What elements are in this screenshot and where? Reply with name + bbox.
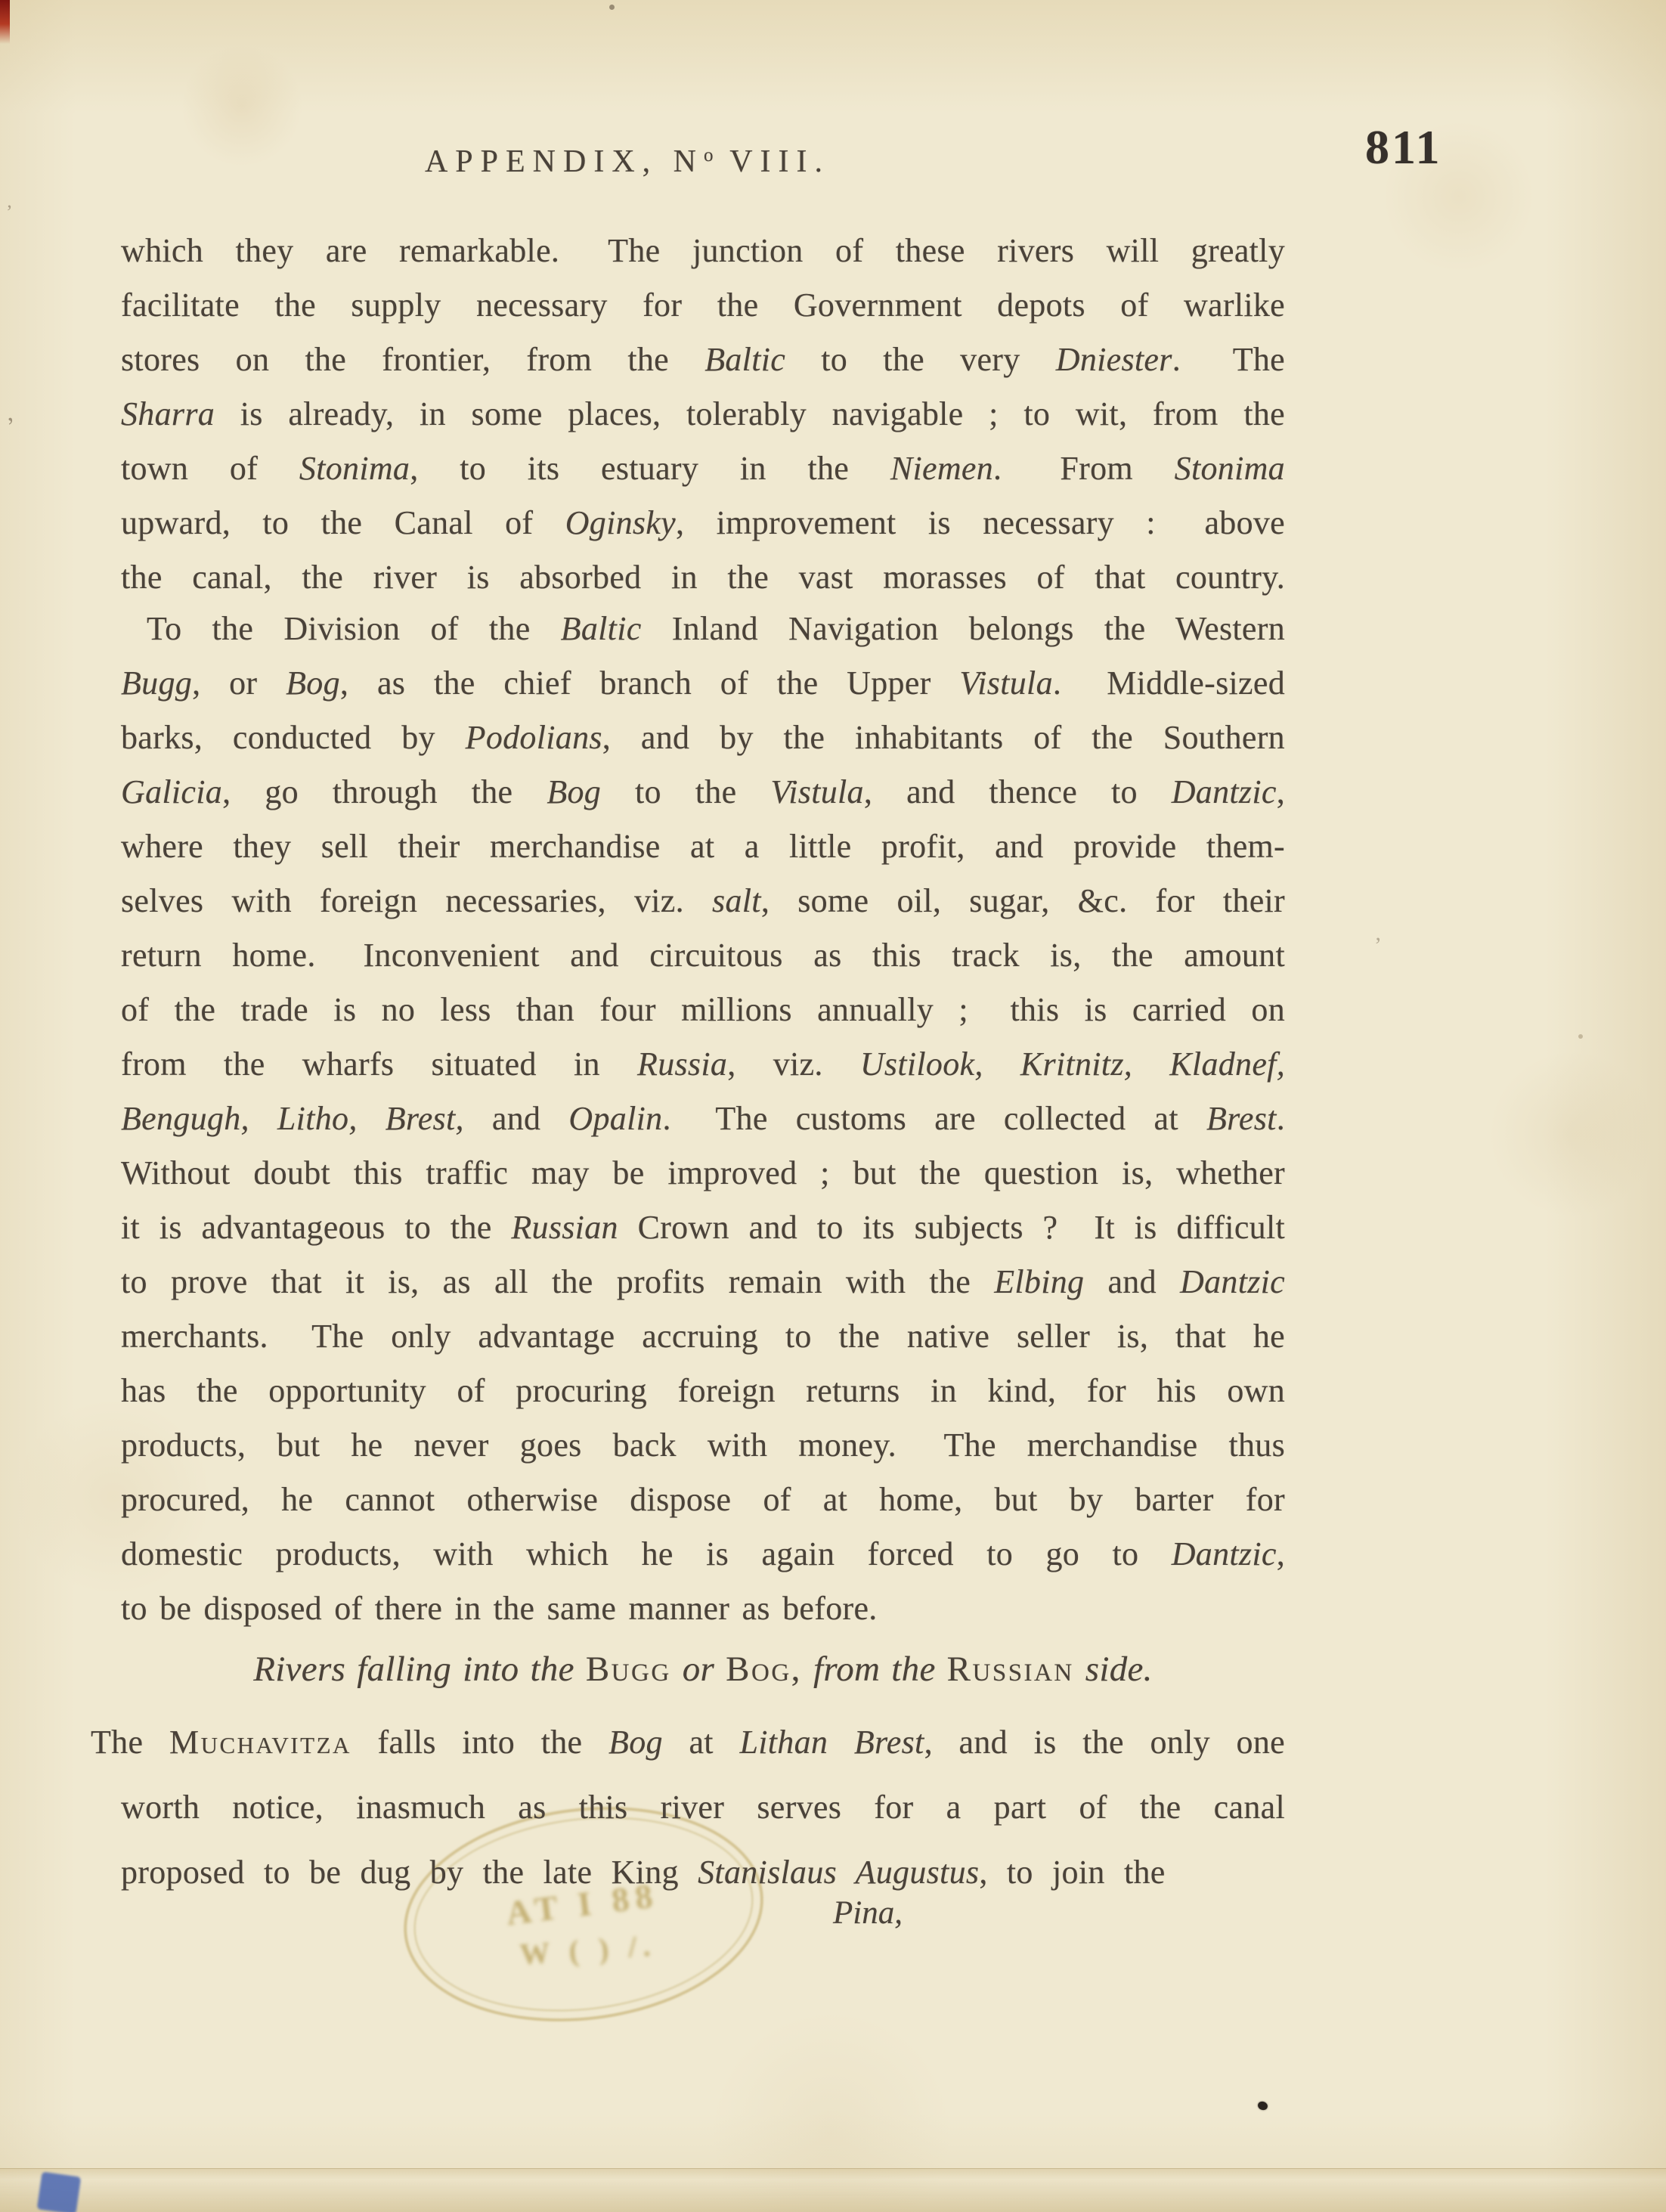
body-text: . From (993, 450, 1175, 487)
text-line: stores on the frontier, from the Baltic … (121, 333, 1285, 387)
body-text: , and thence to (864, 773, 1172, 810)
body-text: , some oil, sugar, &c. for their (761, 882, 1285, 919)
body-text: , to its estuary in the (410, 450, 890, 487)
body-text: . (1277, 1100, 1285, 1137)
italic-text: Bog (547, 773, 601, 810)
paragraph-2: To the Division of the Baltic Inland Nav… (121, 602, 1285, 1636)
italic-text: Bog (286, 665, 340, 702)
body-text: upward, to the Canal of (121, 504, 565, 541)
italic-text: Vistula (770, 773, 864, 810)
paragraph-1: which they are remarkable. The junction … (121, 224, 1285, 605)
body-text: has the opportunity of procuring foreign… (121, 1372, 1285, 1409)
text-line: to be disposed of there in the same mann… (121, 1582, 1285, 1636)
body-text: , viz. (727, 1046, 860, 1083)
running-header: APPENDIX, No VIII. (121, 144, 1134, 180)
text-line: To the Division of the Baltic Inland Nav… (121, 602, 1285, 656)
text-line: return home. Inconvenient and circuitous… (121, 928, 1285, 983)
italic-text: Elbing (994, 1263, 1084, 1300)
text-line: Sharra is already, in some places, toler… (121, 387, 1285, 441)
italic-text: Dniester (1056, 341, 1172, 378)
ink-dot (1257, 2100, 1269, 2111)
smallcaps-text: Russian (947, 1650, 1074, 1689)
body-text: is already, in some places, tolerably na… (215, 395, 1285, 432)
text-line: Bugg, or Bog, as the chief branch of the… (121, 656, 1285, 711)
italic-text: Sharra (121, 395, 215, 432)
page-number: 811 (1365, 119, 1441, 175)
body-text: , (1277, 1535, 1285, 1572)
running-header-text: APPENDIX, N (425, 144, 704, 179)
section-heading: Rivers falling into the Bugg or Bog, fro… (121, 1639, 1285, 1699)
scanned-page: APPENDIX, No VIII. 811 AT I 88 W ( ) /. … (0, 0, 1666, 2212)
body-text: procured, he cannot otherwise dispose of… (121, 1481, 1285, 1518)
body-text: falls into the (351, 1724, 608, 1761)
paper-speck: ’ (1374, 934, 1382, 957)
text-line: upward, to the Canal of Oginsky, improve… (121, 496, 1285, 550)
body-text: proposed to be dug by the late King (121, 1854, 698, 1891)
body-text: , improvement is necessary : above (676, 504, 1285, 541)
body-text: to the (601, 773, 770, 810)
italic-text: Lithan Brest (739, 1724, 924, 1761)
italic-text: or (671, 1650, 726, 1689)
body-text: To the Division of the (147, 610, 561, 647)
smallcaps-text: Bugg (586, 1650, 671, 1689)
text-line: of the trade is no less than four millio… (121, 983, 1285, 1037)
italic-text: Bengugh, Litho, Brest, (121, 1100, 464, 1137)
italic-text: side. (1074, 1650, 1153, 1689)
body-text: to be disposed of there in the same mann… (121, 1590, 878, 1627)
text-line: the canal, the river is absorbed in the … (121, 550, 1285, 605)
italic-text: Dantzic (1172, 773, 1277, 810)
italic-text: Stanislaus Augustus (698, 1854, 979, 1891)
italic-text: Stonima (1175, 450, 1285, 487)
ordinal-superscript: o (704, 145, 715, 166)
body-text: return home. Inconvenient and circuitous… (121, 937, 1285, 974)
page-edge (0, 2168, 1666, 2212)
body-text: , and is the only one (924, 1724, 1285, 1761)
body-text: stores on the frontier, from the (121, 341, 704, 378)
italic-text: salt (712, 882, 761, 919)
text-line: it is advantageous to the Russian Crown … (121, 1200, 1285, 1255)
italic-text: Brest (1206, 1100, 1277, 1137)
body-text: The (91, 1724, 169, 1761)
scan-artifact-blue (37, 2172, 81, 2212)
body-text: and (464, 1100, 569, 1137)
body-text: . Middle-sized (1053, 665, 1285, 702)
text-line: The Muchavitza falls into the Bog at Lit… (91, 1710, 1285, 1775)
body-text: Without doubt this traffic may be improv… (121, 1154, 1285, 1191)
text-line: Bengugh, Litho, Brest, and Opalin. The c… (121, 1092, 1285, 1146)
italic-text: Ustilook, Kritnitz, Kladnef, (860, 1046, 1285, 1083)
paragraph-3: The Muchavitza falls into the Bog at Lit… (121, 1710, 1285, 1905)
text-line: proposed to be dug by the late King Stan… (121, 1840, 1285, 1905)
paper-speck (609, 5, 615, 10)
body-text: , as the chief branch of the Upper (340, 665, 959, 702)
body-text: Inland Navigation belongs the Western (642, 610, 1285, 647)
body-text: Crown and to its subjects ? It is diffic… (618, 1209, 1285, 1246)
paper-speck (1578, 1034, 1583, 1039)
text-line: selves with foreign necessaries, viz. sa… (121, 874, 1285, 928)
body-text: it is advantageous to the (121, 1209, 511, 1246)
italic-text: Galicia (121, 773, 222, 810)
body-text: . The customs are collected at (662, 1100, 1206, 1137)
paper-speck: ’ (5, 414, 19, 441)
italic-text: from the (802, 1650, 947, 1689)
italic-text: Bog (608, 1724, 663, 1761)
body-text: , and by the inhabitants of the Southern (602, 719, 1285, 756)
body-text: of the trade is no less than four millio… (121, 991, 1285, 1028)
text-line: Rivers falling into the Bugg or Bog, fro… (121, 1639, 1285, 1699)
italic-text: Baltic (561, 610, 642, 647)
body-text: which they are remarkable. The junction … (121, 232, 1285, 269)
catchword: Pina, (833, 1894, 903, 1932)
text-line: town of Stonima, to its estuary in the N… (121, 441, 1285, 496)
body-text: the canal, the river is absorbed in the … (121, 559, 1285, 596)
text-line: Galicia, go through the Bog to the Vistu… (121, 765, 1285, 819)
text-line: domestic products, with which he is agai… (121, 1527, 1285, 1582)
text-line: merchants. The only advantage accruing t… (121, 1309, 1285, 1364)
italic-text: Bugg (121, 665, 192, 702)
italic-text: Baltic (704, 341, 785, 378)
body-text: merchants. The only advantage accruing t… (121, 1318, 1285, 1355)
italic-text: Russia (637, 1046, 727, 1083)
body-text: selves with foreign necessaries, viz. (121, 882, 712, 919)
italic-text: Oginsky (565, 504, 676, 541)
text-line: procured, he cannot otherwise dispose of… (121, 1473, 1285, 1527)
text-line: products, but he never goes back with mo… (121, 1418, 1285, 1473)
body-text: barks, conducted by (121, 719, 466, 756)
text-line: to prove that it is, as all the profits … (121, 1255, 1285, 1309)
body-text: products, but he never goes back with mo… (121, 1427, 1285, 1464)
italic-text: Niemen (890, 450, 993, 487)
body-text: at (663, 1724, 740, 1761)
text-line: from the wharfs situated in Russia, viz.… (121, 1037, 1285, 1092)
smallcaps-text: Muchavitza (169, 1724, 351, 1761)
body-text: facilitate the supply necessary for the … (121, 287, 1285, 324)
text-line: which they are remarkable. The junction … (121, 224, 1285, 278)
italic-text: Dantzic (1172, 1535, 1277, 1572)
body-text: town of (121, 450, 299, 487)
paper-speck: ’ (6, 203, 13, 222)
body-text: , (1277, 773, 1285, 810)
text-line: barks, conducted by Podolians, and by th… (121, 711, 1285, 765)
italic-text: Dantzic (1180, 1263, 1285, 1300)
stamp-text: W ( ) /. (410, 1919, 766, 1980)
italic-text: Opalin (568, 1100, 662, 1137)
body-text: where they sell their merchandise at a l… (121, 828, 1285, 865)
italic-text: Vistula (959, 665, 1053, 702)
smallcaps-text: Bog, (726, 1650, 802, 1689)
body-text: from the wharfs situated in (121, 1046, 637, 1083)
body-text: , to join the (979, 1854, 1165, 1891)
text-line: where they sell their merchandise at a l… (121, 819, 1285, 874)
text-line: Without doubt this traffic may be improv… (121, 1146, 1285, 1200)
italic-text: Rivers falling into the (253, 1650, 586, 1689)
body-text: worth notice, inasmuch as this river ser… (121, 1789, 1285, 1826)
scan-artifact-red (0, 0, 10, 44)
body-text: , or (192, 665, 286, 702)
body-text: , go through the (222, 773, 547, 810)
running-header-numeral: VIII. (714, 144, 830, 179)
body-text: domestic products, with which he is agai… (121, 1535, 1172, 1572)
body-text: . The (1172, 341, 1285, 378)
italic-text: Podolians (466, 719, 602, 756)
italic-text: Russian (511, 1209, 618, 1246)
italic-text: Stonima (299, 450, 410, 487)
text-line: facilitate the supply necessary for the … (121, 278, 1285, 333)
body-text: to prove that it is, as all the profits … (121, 1263, 994, 1300)
body-text: and (1084, 1263, 1180, 1300)
body-text: to the very (785, 341, 1056, 378)
text-line: has the opportunity of procuring foreign… (121, 1364, 1285, 1418)
text-line: worth notice, inasmuch as this river ser… (121, 1775, 1285, 1840)
